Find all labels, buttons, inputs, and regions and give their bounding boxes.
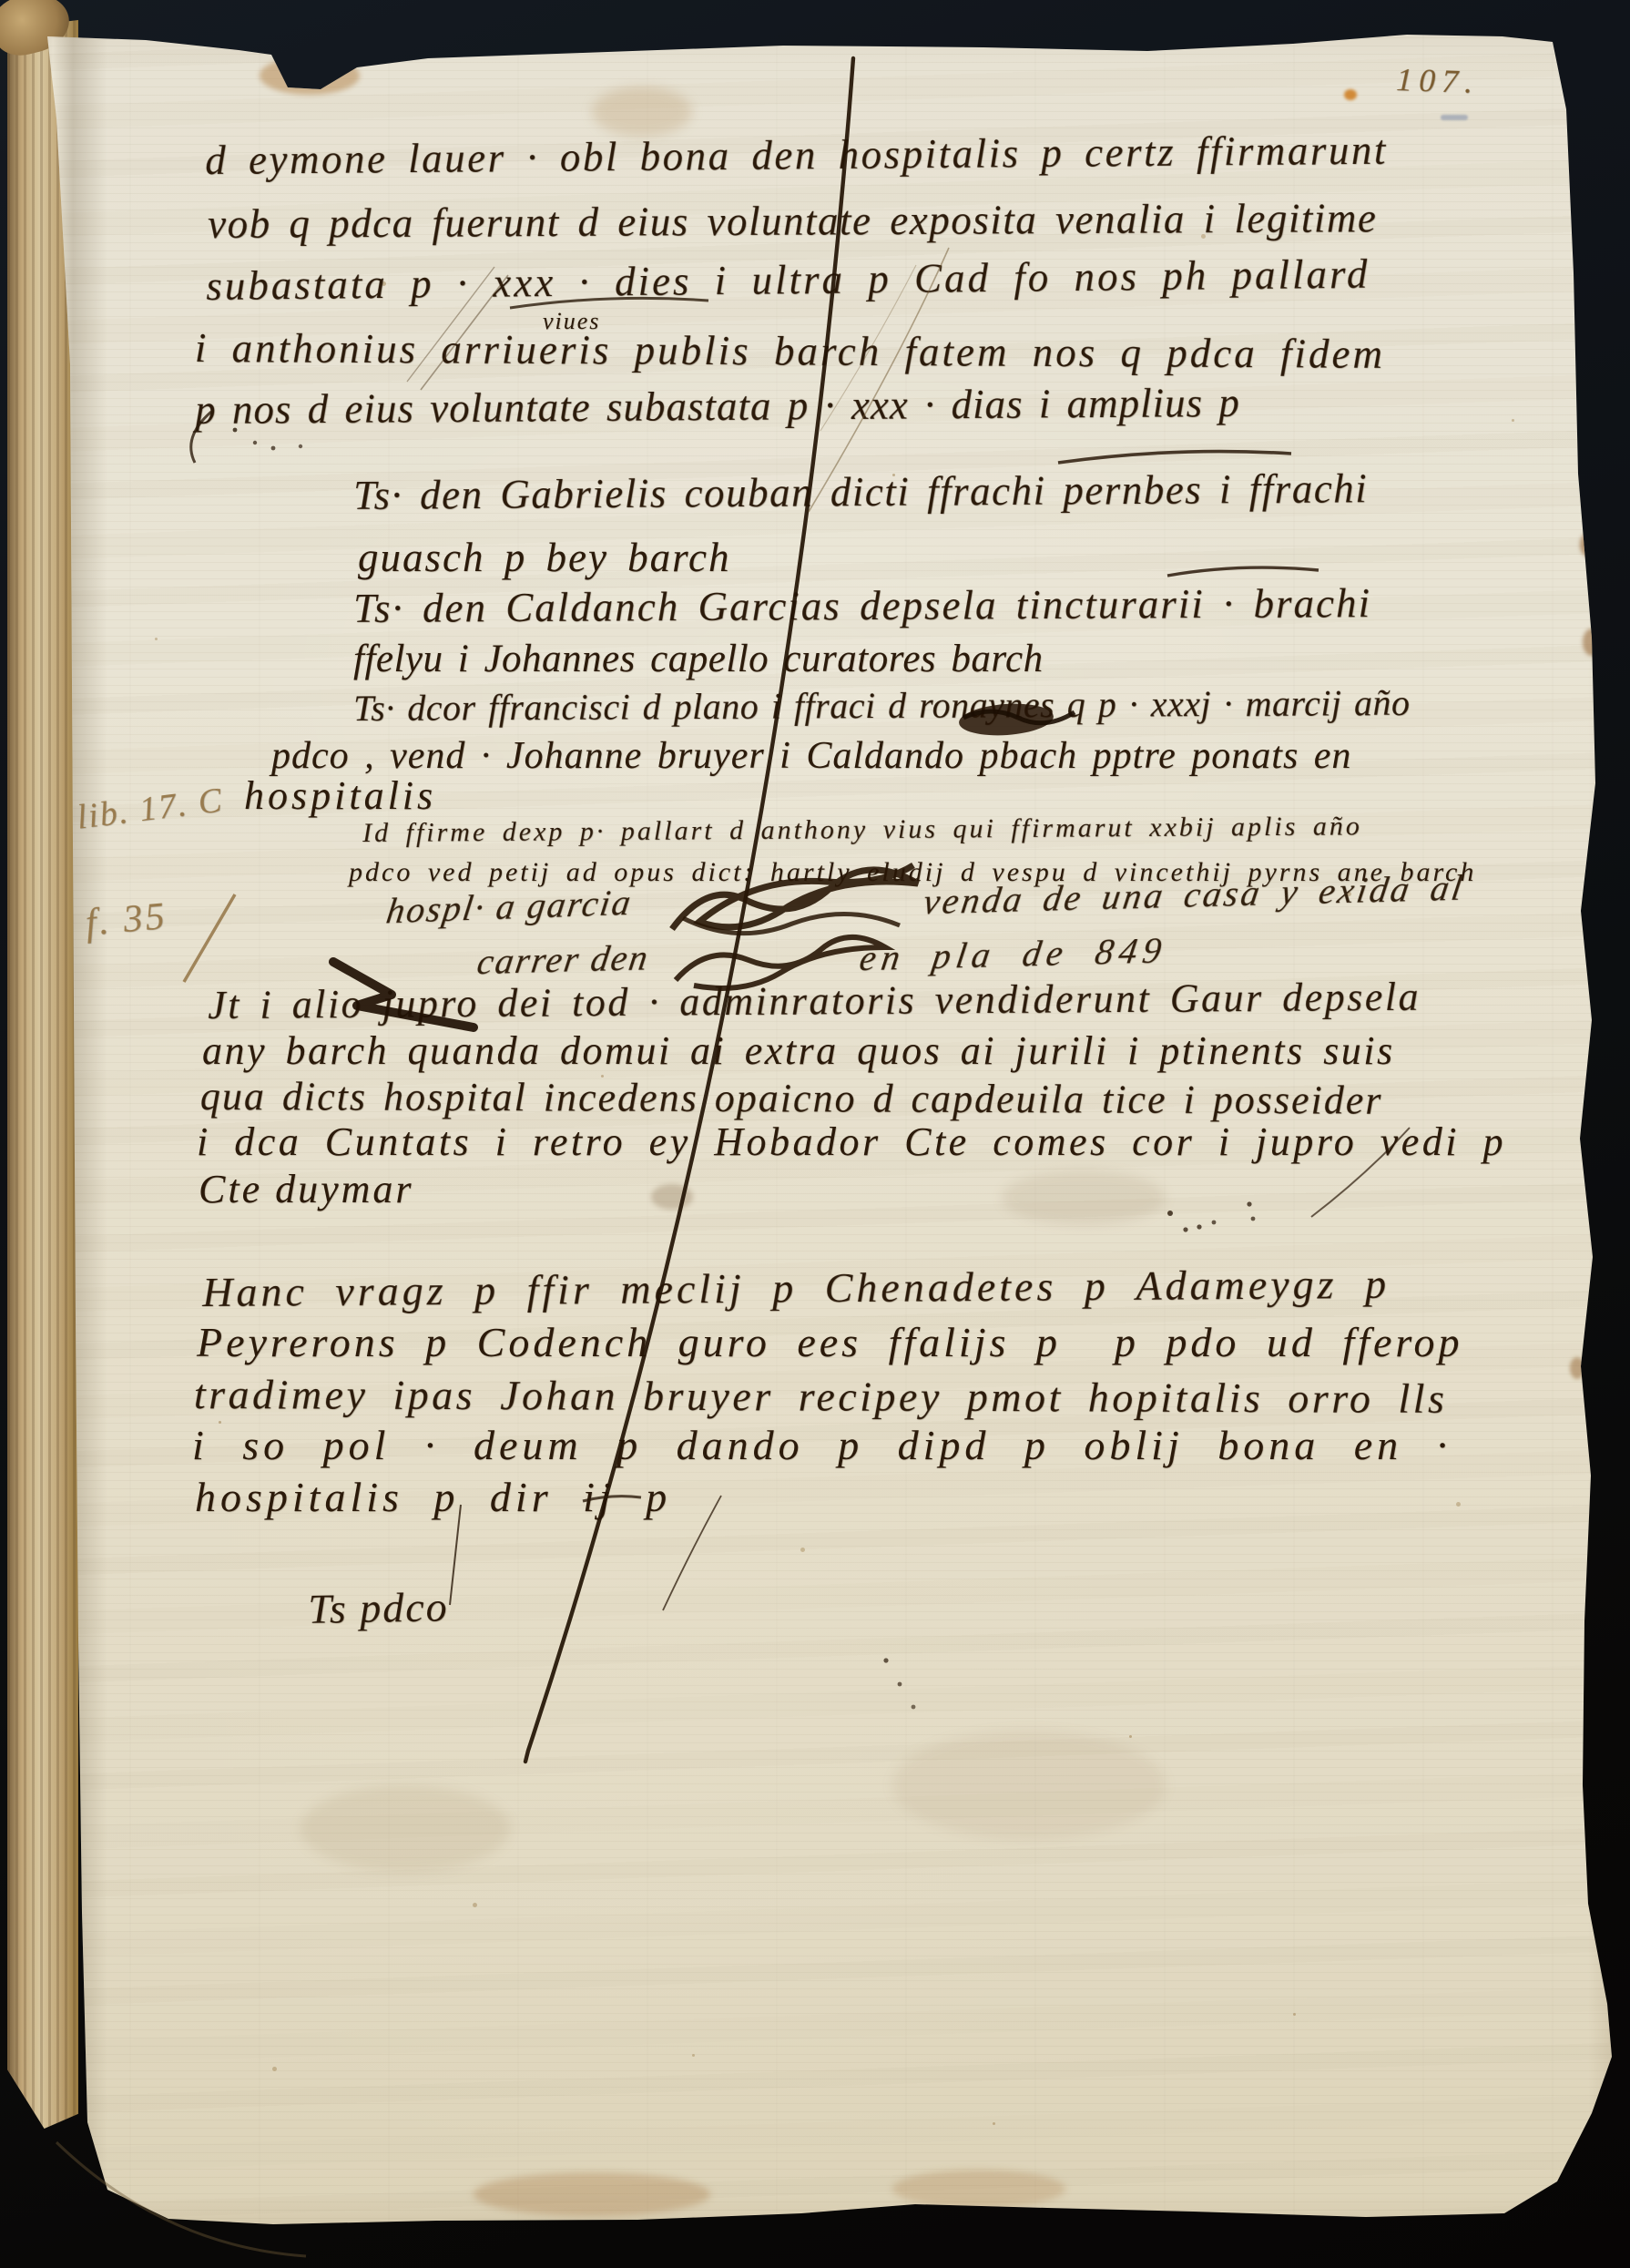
manuscript-line: Ts· dcor ffrancisci d plano i ffraci d r… [353, 681, 1411, 730]
manuscript-line: ffelyu i Johannes capello curatores barc… [353, 637, 1044, 681]
manuscript-line: Hanc vragz p ffir meclij p Chenadetes p … [202, 1260, 1390, 1316]
paper-stain [892, 2170, 1065, 2208]
manuscript-line: Ts pdco [308, 1582, 449, 1633]
manuscript-line: Jt i alio jupro dei tod · adminratoris v… [208, 974, 1421, 1028]
margin-folio-note: f. 35 [84, 894, 169, 945]
manuscript-line: i anthonius arriueris publis barch fatem… [195, 324, 1385, 378]
scribble-deletion [683, 914, 900, 933]
manuscript-line: Cte duymar [199, 1166, 414, 1212]
later-addition-line: carrer den [474, 935, 652, 983]
later-addition-line: en pla de 849 [857, 928, 1170, 979]
descender-flourish [663, 1496, 721, 1610]
manuscript-line: tradimey ipas Johan bruyer recipey pmot … [194, 1370, 1448, 1423]
paper-stain [1580, 533, 1596, 557]
book-binding-edge [7, 20, 78, 2129]
manuscript-line: guasch p bey barch [358, 534, 731, 581]
manuscript-line: any barch quanda domui ai extra quos ai … [202, 1027, 1395, 1074]
faint-blue-mark [1441, 115, 1468, 120]
paper-stain [1583, 628, 1601, 656]
manuscript-line: pdco , vend · Johanne bruyer i Caldando … [271, 734, 1351, 778]
margin-shelfmark-note: lib. 17. C [75, 780, 226, 837]
paper-stain [301, 1785, 510, 1872]
manuscript-line: qua dicts hospital incedens opaicno d ca… [200, 1073, 1383, 1124]
manuscript-line: subastata p · xxx · dies i ultra p Cad f… [206, 250, 1370, 310]
manuscript-line: p nos d eius voluntate subastata p · xxx… [195, 379, 1240, 434]
manuscript-line: vob q pdca fuerunt d eius voluntate expo… [208, 194, 1378, 248]
manuscript-line: i so pol · deum p dando p dipd p oblij b… [192, 1421, 1452, 1469]
paper-stain [474, 2172, 710, 2216]
paper-stain [1570, 1357, 1584, 1379]
abbreviation-bar [1058, 452, 1291, 463]
abbreviation-bar [1167, 567, 1319, 576]
manuscript-line: i dca Cuntats i retro ey Hobador Cte com… [197, 1119, 1506, 1165]
manuscript-line: d eymone lauer · obl bona den hospitalis… [205, 127, 1388, 184]
manuscript-line: Peyrerons p Codench guro ees ffalijs p p… [197, 1318, 1463, 1366]
manuscript-line: Ts· den Gabrielis couban dicti ffrachi p… [353, 465, 1368, 519]
manuscript-page: 107. lib. 17. C f. 35 d eymone lauer · o… [0, 0, 1630, 2268]
paper-stain [260, 56, 360, 95]
folio-number: 107. [1396, 60, 1480, 101]
paper-stain [1002, 1170, 1166, 1225]
paper-stain [1344, 89, 1357, 100]
margin-flourish [184, 894, 235, 982]
paper-stain [651, 1184, 693, 1210]
paper-stain [892, 1731, 1166, 1840]
manuscript-line: hospitalis [244, 772, 436, 819]
manuscript-line: Id ffirme dexp p· pallart d anthony vius… [362, 811, 1362, 849]
paper-fibre-flecks [0, 0, 3, 3]
paper-stain [592, 87, 692, 137]
manuscript-line: Ts· den Caldanch Garcias depsela tinctur… [353, 579, 1371, 632]
manuscript-scan: 107. lib. 17. C f. 35 d eymone lauer · o… [0, 0, 1630, 2268]
manuscript-line: hospitalis p dir ij p [195, 1473, 671, 1521]
later-addition-line: hospl· a garcia [383, 881, 635, 933]
